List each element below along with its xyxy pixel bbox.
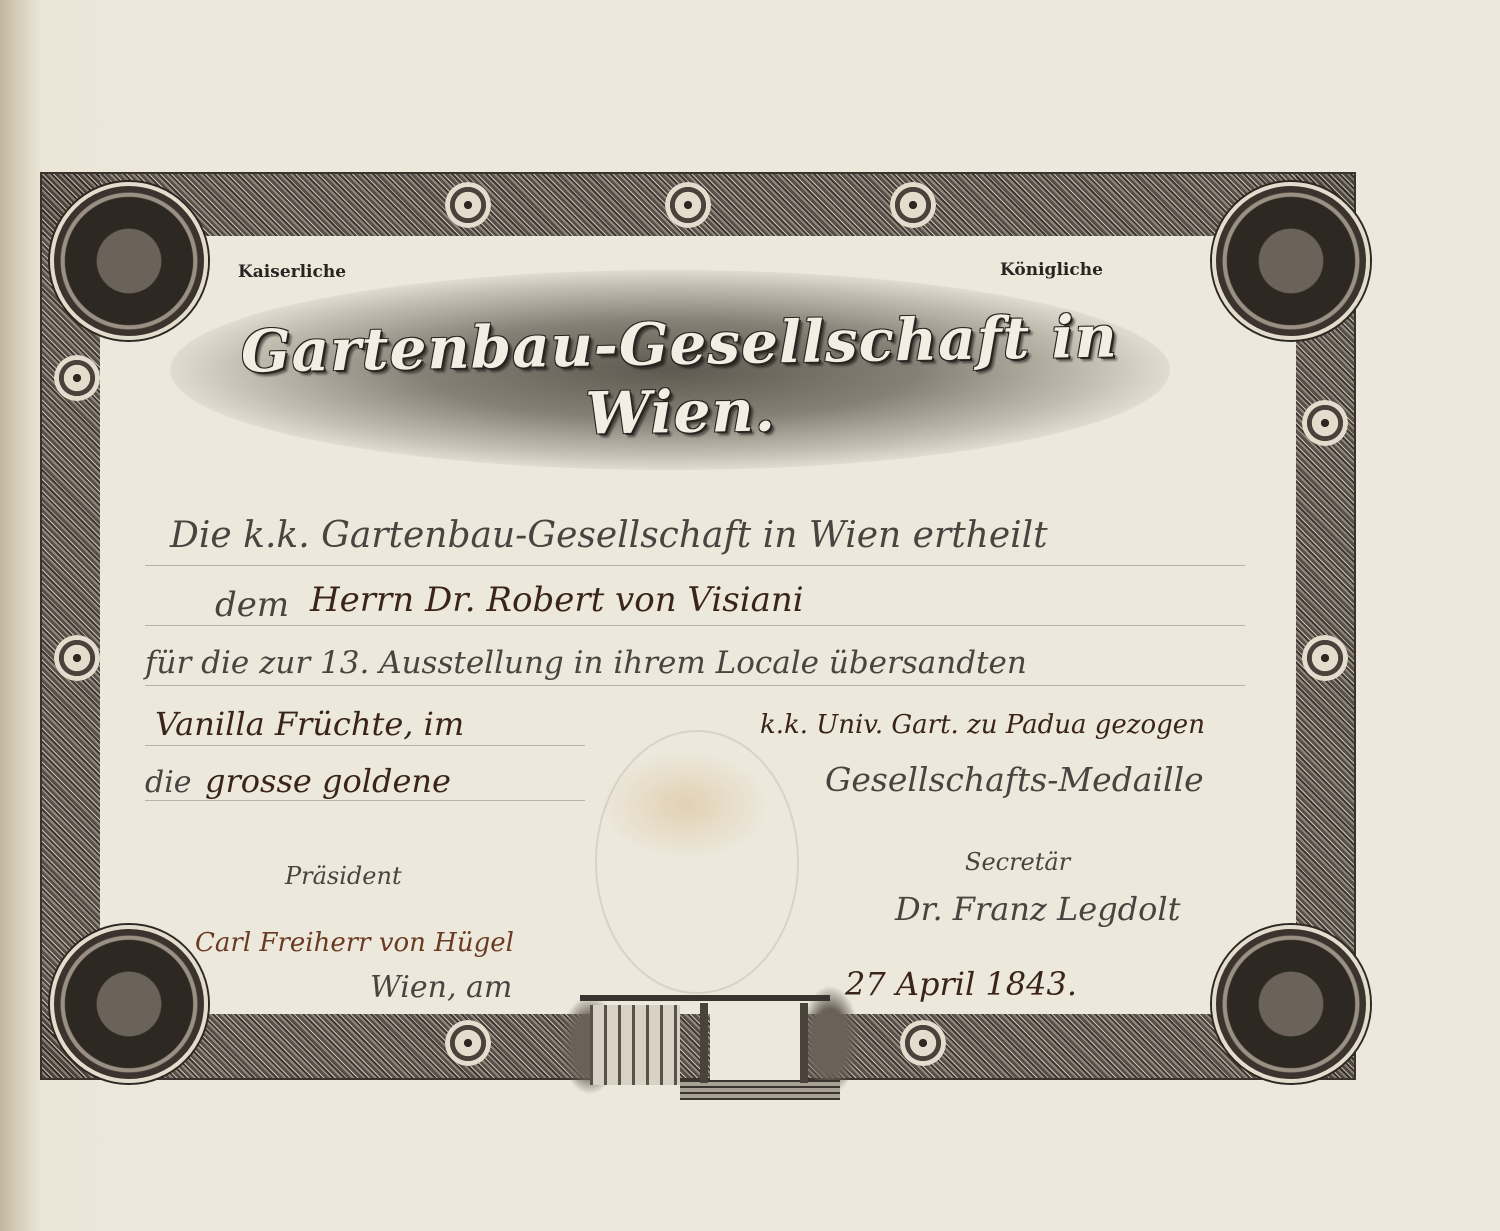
issue-date: 27 April 1843. bbox=[845, 965, 1077, 1003]
president-signature: Carl Freiherr von Hügel bbox=[195, 928, 514, 958]
line-4-handwritten: Vanilla Früchte, im bbox=[155, 705, 464, 743]
rule bbox=[145, 565, 1245, 566]
rosette-icon bbox=[890, 182, 936, 228]
rosette-icon bbox=[445, 1020, 491, 1066]
medal-type: grosse goldene bbox=[205, 762, 451, 800]
rosette-icon bbox=[445, 182, 491, 228]
president-label: Präsident bbox=[285, 862, 402, 890]
rule bbox=[145, 625, 1245, 626]
certificate-title: Gartenbau-Gesellschaft in Wien. bbox=[179, 301, 1181, 454]
line-3-printed: für die zur 13. Ausstellung in ihrem Loc… bbox=[145, 645, 1027, 681]
rosette-icon bbox=[1302, 400, 1348, 446]
header-koenigliche: Königliche bbox=[1000, 260, 1103, 280]
place-label: Wien, am bbox=[370, 970, 512, 1005]
line-6-printed: die bbox=[145, 765, 192, 800]
medal-name: Gesellschafts-Medaille bbox=[825, 760, 1204, 799]
rule bbox=[145, 685, 1245, 686]
flower-bouquet-medallion-icon bbox=[50, 182, 208, 340]
line-1-printed: Die k.k. Gartenbau-Gesellschaft in Wien … bbox=[170, 515, 1048, 556]
rule bbox=[145, 800, 585, 801]
fruit-medallion-icon bbox=[1212, 182, 1370, 340]
orangery-pavilion-vignette-icon bbox=[560, 975, 860, 1105]
secretary-signature: Dr. Franz Legdolt bbox=[895, 890, 1181, 928]
rosette-icon bbox=[665, 182, 711, 228]
line-5-handwritten: k.k. Univ. Gart. zu Padua gezogen bbox=[760, 710, 1205, 740]
blind-seal-stamp bbox=[595, 730, 799, 994]
rosette-icon bbox=[54, 355, 100, 401]
rule bbox=[145, 745, 585, 746]
line-2-printed: dem bbox=[215, 585, 289, 625]
grapes-medallion-icon bbox=[50, 925, 208, 1083]
rosette-icon bbox=[54, 635, 100, 681]
binding-shadow bbox=[0, 0, 40, 1231]
rosette-icon bbox=[1302, 635, 1348, 681]
header-kaiserliche: Kaiserliche bbox=[238, 262, 346, 282]
recipient-name: Herrn Dr. Robert von Visiani bbox=[310, 580, 804, 620]
cornucopia-medallion-icon bbox=[1212, 925, 1370, 1083]
secretary-label: Secretär bbox=[965, 848, 1070, 876]
rosette-icon bbox=[900, 1020, 946, 1066]
